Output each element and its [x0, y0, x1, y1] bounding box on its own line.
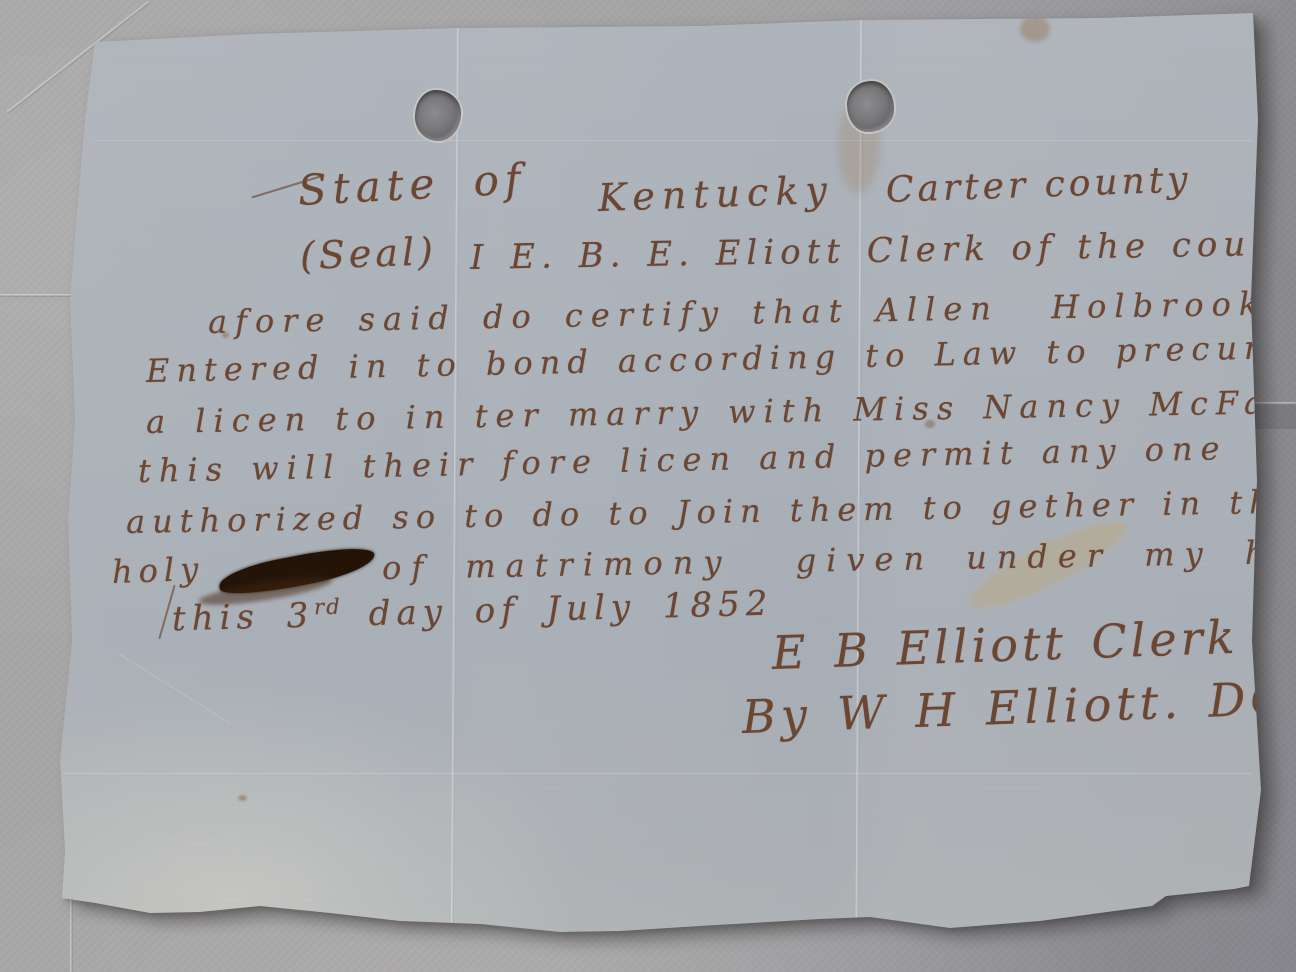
text-state-of: State of — [297, 154, 528, 215]
text-date-ordinal: rd — [314, 594, 342, 620]
signature-deputy: By W H Elliott. DC — [741, 671, 1291, 744]
fold-crease-top — [95, 140, 1253, 142]
text-matrimony-line: of matrimony given under my hand — [382, 532, 1296, 587]
crease-bottom-left-diagonal — [117, 653, 230, 725]
speck-bottom-left — [238, 795, 247, 801]
signature-clerk: E B Elliott Clerk — [771, 610, 1239, 680]
text-body-line-4: this will their fore licen and permit an… — [138, 429, 1228, 490]
punch-hole-right — [845, 79, 896, 134]
paper-shadow-wrap: State of Kentucky Carter county (Seal) I… — [0, 0, 1296, 972]
punch-hole-left — [413, 88, 463, 143]
text-body-line-5: authorized so to do to Join them to geth… — [126, 482, 1296, 541]
text-county-name: Carter county — [885, 159, 1192, 211]
photo-scene: State of Kentucky Carter county (Seal) I… — [0, 0, 1296, 972]
document-paper: State of Kentucky Carter county (Seal) I… — [0, 0, 1296, 972]
text-date-rest: day of July 1852 — [341, 584, 774, 635]
text-seal-mark: (Seal) — [299, 229, 437, 278]
stain-top-right-edge — [1020, 16, 1050, 42]
text-state-name: Kentucky — [597, 168, 834, 220]
text-holy-word: holy — [111, 550, 204, 591]
text-clerk-intro: I E. B. E. Eliott Clerk of the county — [470, 223, 1296, 278]
fold-crease-lower — [62, 773, 1252, 775]
